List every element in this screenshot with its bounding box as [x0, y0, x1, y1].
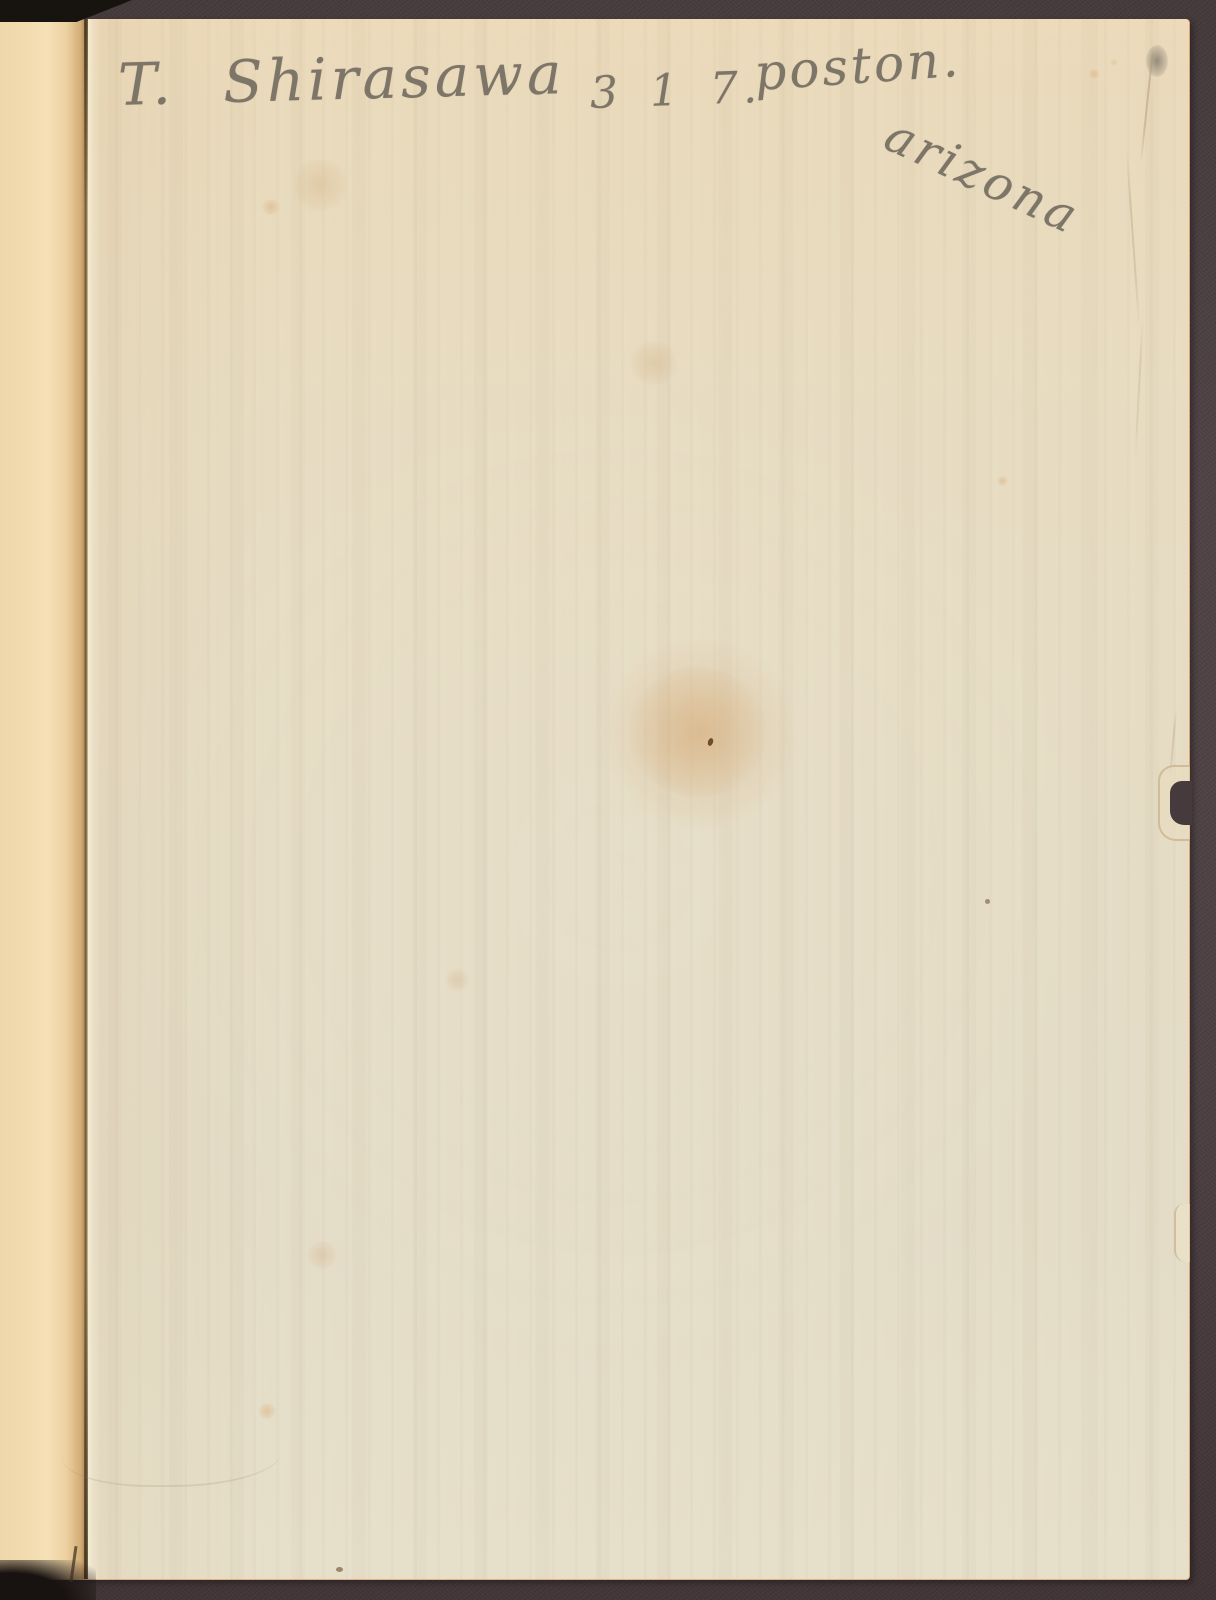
stain: [262, 199, 280, 215]
stain: [628, 667, 768, 797]
speck: [985, 899, 990, 904]
paper-wrinkle: [62, 1415, 282, 1487]
edge-curl: [1174, 1204, 1190, 1262]
flyleaf-page: T. Shirasawa 3 1 7. poston. arizona: [0, 19, 1190, 1580]
tear-opening: [1170, 781, 1192, 825]
gutter-fold: [0, 19, 86, 1579]
stain: [1088, 69, 1100, 79]
stain: [306, 1241, 338, 1269]
handwritten-state: arizona: [876, 107, 1089, 246]
stain: [1110, 59, 1118, 66]
spine-tail-shadow: [0, 1560, 96, 1600]
paper-crack: [1134, 319, 1143, 459]
speck: [336, 1567, 343, 1572]
paper-crack: [1126, 149, 1141, 329]
stain: [290, 159, 350, 211]
speck: [707, 737, 714, 746]
handwritten-owner-name: T. Shirasawa: [117, 39, 566, 119]
scanned-book-page: { "handwriting": { "owner_name": "T. Shi…: [0, 0, 1216, 1600]
gutter-crease-highlight: [88, 19, 100, 1579]
handwritten-place: poston.: [752, 30, 963, 102]
stain: [628, 341, 680, 385]
stain: [997, 476, 1008, 486]
handwritten-block-number: 3 1 7.: [589, 62, 763, 119]
edge-tear: [1158, 765, 1190, 839]
stain: [600, 639, 800, 829]
stain: [444, 969, 470, 991]
